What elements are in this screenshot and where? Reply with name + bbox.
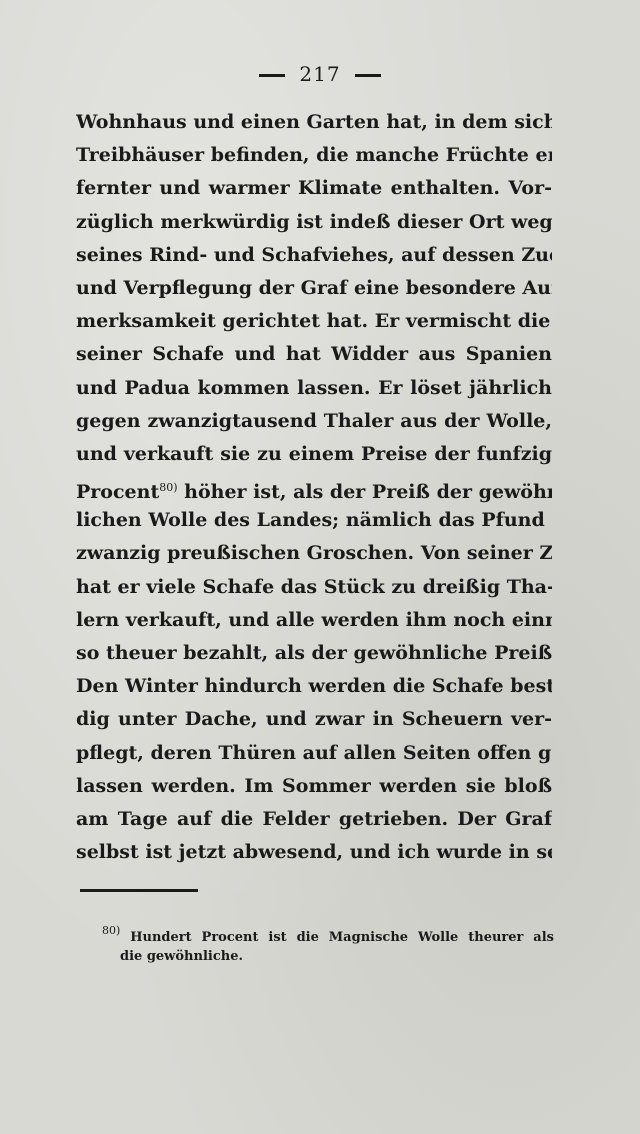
footnote-text: Hundert Procent ist die Magnische Wolle … <box>130 930 554 945</box>
footnote: 80) Hundert Procent ist die Magnische Wo… <box>102 918 554 970</box>
footnote-marker: 80) <box>102 924 120 937</box>
header-dash-right <box>355 74 381 77</box>
footnote-reference: 80) <box>159 481 177 494</box>
text-line: seiner Schafe und hat Widder aus Spanien <box>76 338 552 371</box>
text-line: züglich merkwürdig ist indeß dieser Ort … <box>76 206 552 239</box>
text-line: Treibhäuser befinden, die manche Früchte… <box>76 139 552 172</box>
text-line: lassen werden. Im Sommer werden sie bloß <box>76 770 552 803</box>
text-line: dig unter Dache, und zwar in Scheuern ve… <box>76 703 552 736</box>
text-line: selbst ist jetzt abwesend, und ich wurde… <box>76 836 552 869</box>
text-line: zwanzig preußischen Groschen. Von seiner… <box>76 537 552 570</box>
text-line: pflegt, deren Thüren auf allen Seiten of… <box>76 737 552 770</box>
text-line: am Tage auf die Felder getrieben. Der Gr… <box>76 803 552 836</box>
text-line-with-footnote-ref: Procent80) höher ist, als der Preiß der … <box>76 471 552 504</box>
page-header: 217 <box>0 62 640 86</box>
text-line: und Verpflegung der Graf eine besondere … <box>76 272 552 305</box>
text-line: seines Rind- und Schafviehes, auf dessen… <box>76 239 552 272</box>
text-line: fernter und warmer Klimate enthalten. Vo… <box>76 172 552 205</box>
page-number: 217 <box>299 62 340 86</box>
footnote-line: 80) Hundert Procent ist die Magnische Wo… <box>102 918 554 944</box>
text-fragment: höher ist, als der Preiß der gewöhn- <box>184 481 552 503</box>
text-line: und Padua kommen lassen. Er löset jährli… <box>76 372 552 405</box>
text-line: lichen Wolle des Landes; nämlich das Pfu… <box>76 504 552 537</box>
header-dash-left <box>259 74 285 77</box>
text-line: gegen zwanzigtausend Thaler aus der Woll… <box>76 405 552 438</box>
body-text: Wohnhaus und einen Garten hat, in dem si… <box>76 106 552 869</box>
footnote-line: die gewöhnliche. <box>102 944 554 970</box>
footnote-divider <box>80 889 198 892</box>
text-line: merksamkeit gerichtet hat. Er vermischt … <box>76 305 552 338</box>
text-line: so theuer bezahlt, als der gewöhnliche P… <box>76 637 552 670</box>
text-line: hat er viele Schafe das Stück zu dreißig… <box>76 571 552 604</box>
text-line: Den Winter hindurch werden die Schafe be… <box>76 670 552 703</box>
text-fragment: Procent <box>76 481 159 503</box>
text-line: lern verkauft, und alle werden ihm noch … <box>76 604 552 637</box>
text-line: Wohnhaus und einen Garten hat, in dem si… <box>76 106 552 139</box>
text-line: und verkauft sie zu einem Preise der fun… <box>76 438 552 471</box>
book-page: 217 Wohnhaus und einen Garten hat, in de… <box>0 0 640 1134</box>
